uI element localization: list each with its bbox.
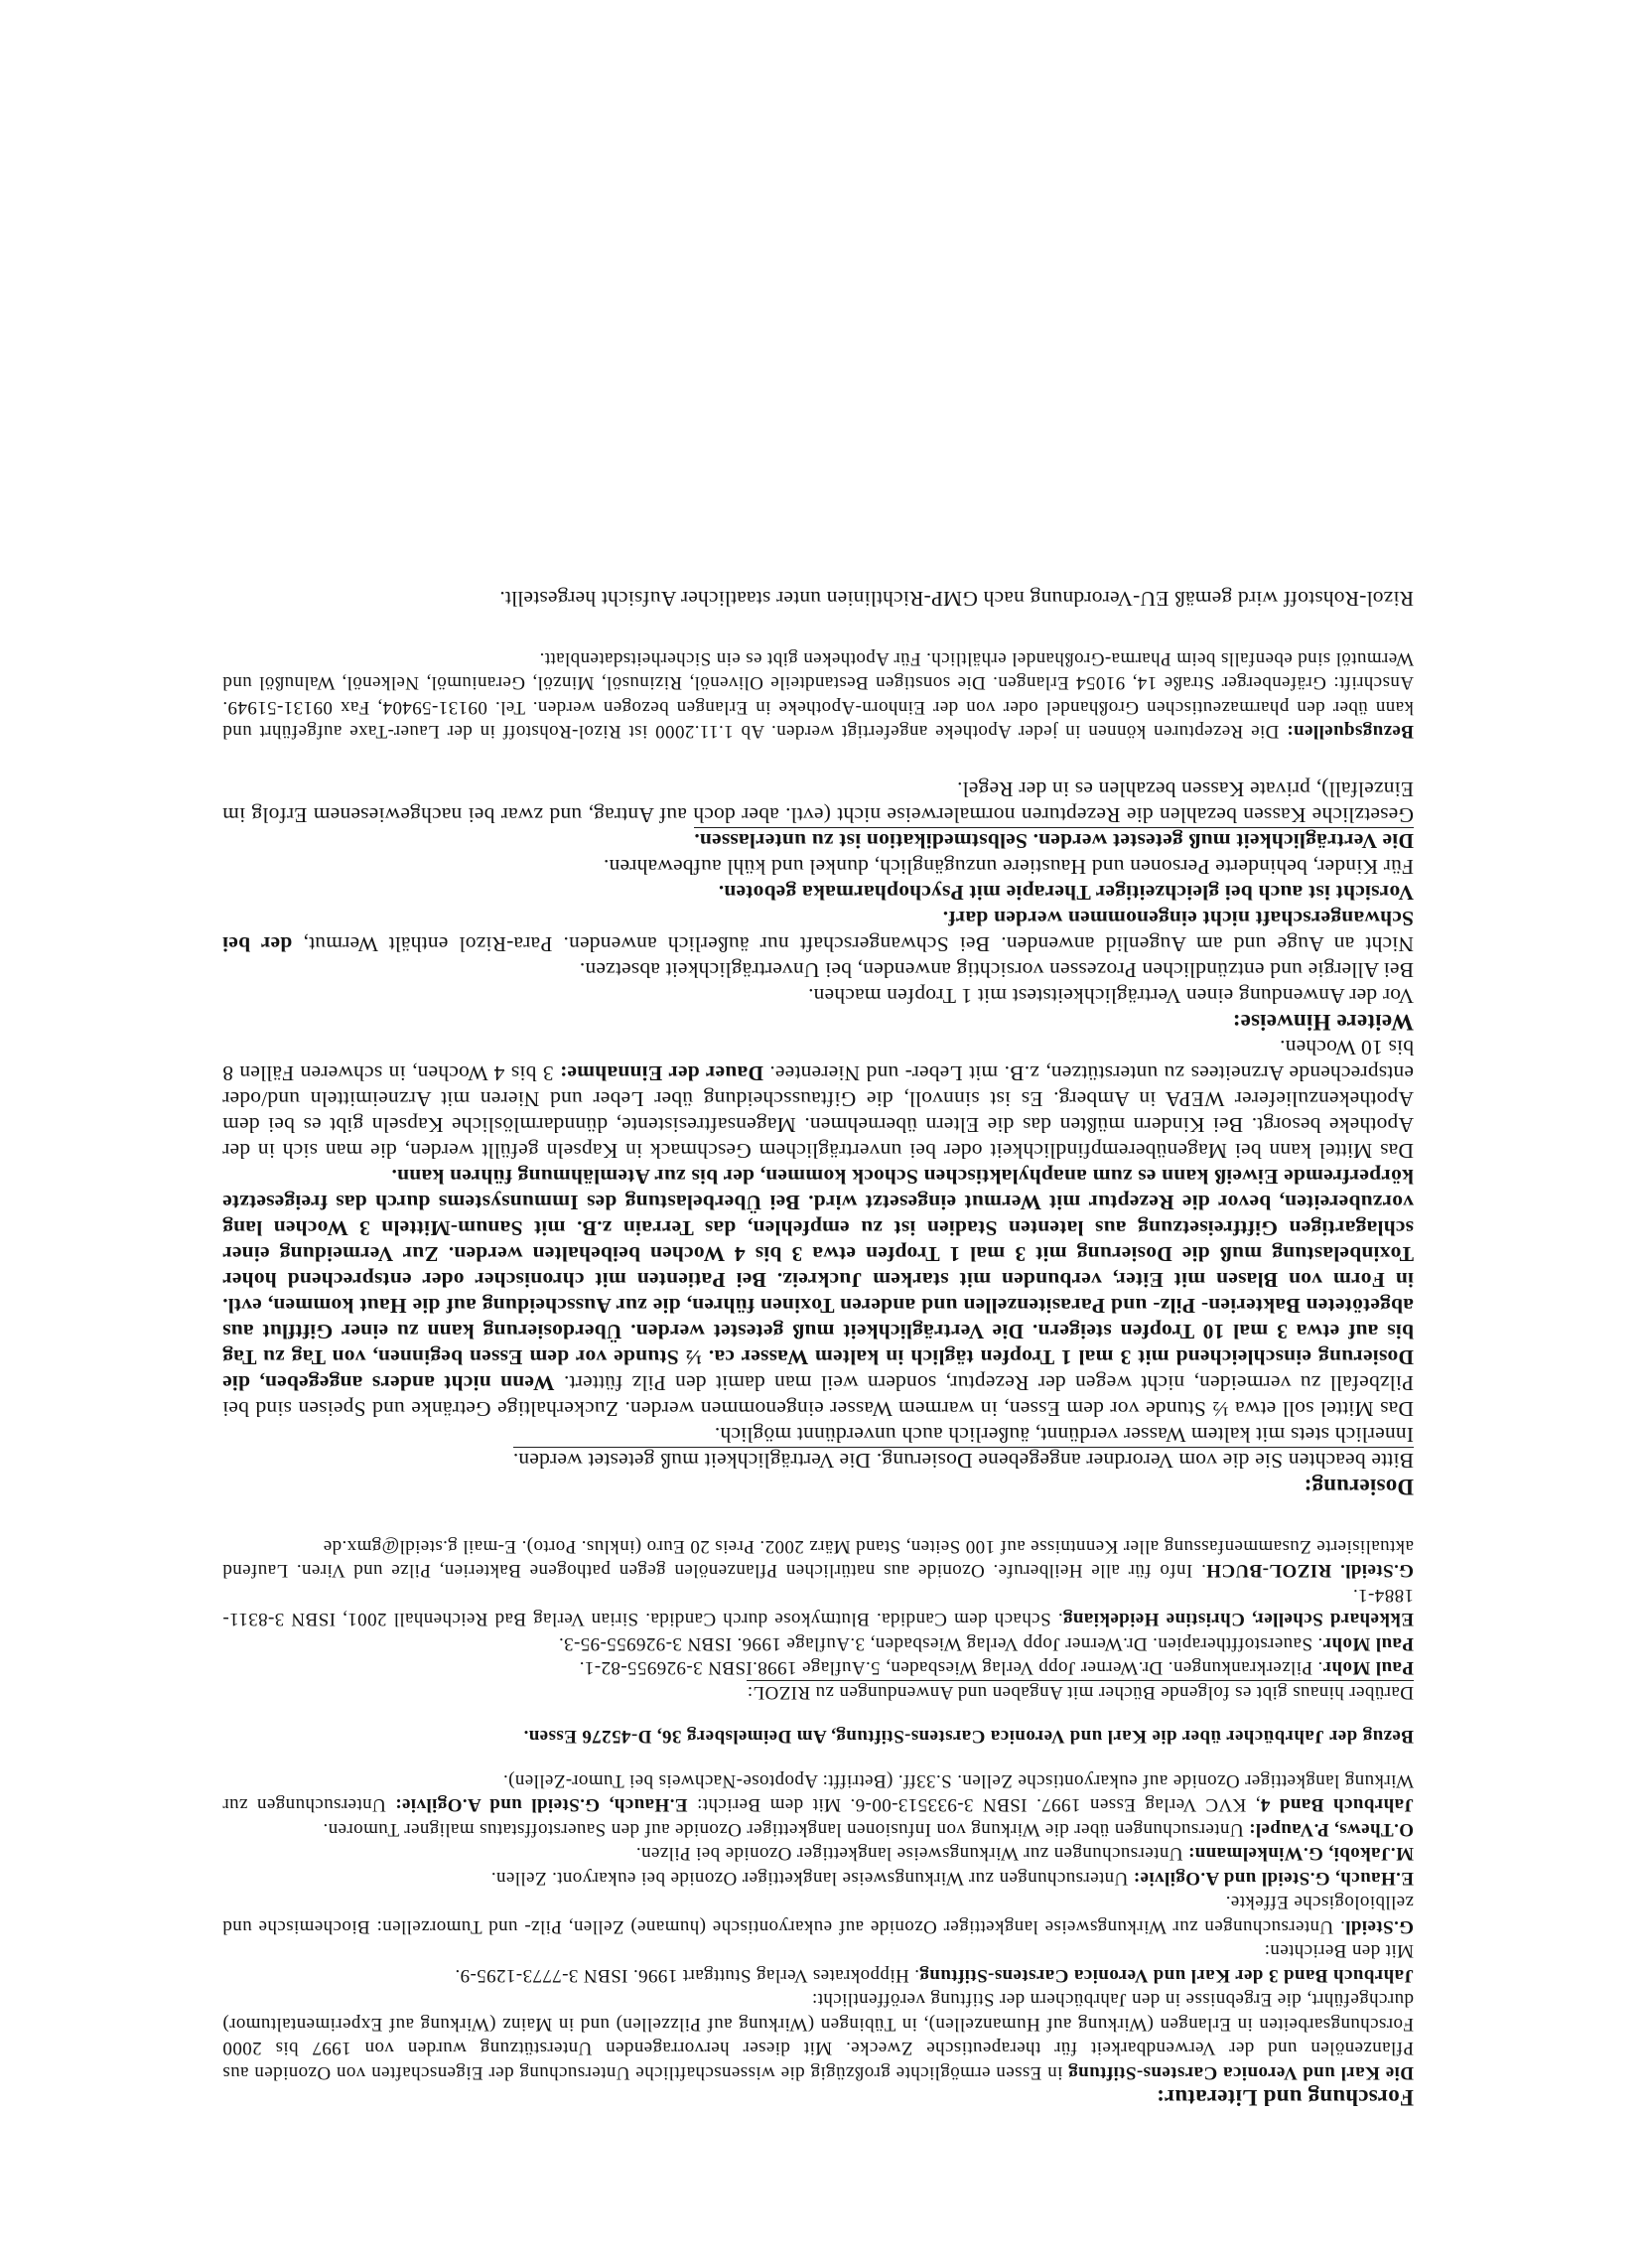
bezug-jahrbuecher: Bezug der Jahrbücher über die Karl und V… bbox=[222, 1724, 1414, 1749]
book-item: Paul Mohr. Sauerstofftherapien. Dr.Werne… bbox=[222, 1631, 1414, 1656]
dosierung-line2: Innerlich stets mit kaltem Wasser verdün… bbox=[222, 1423, 1414, 1449]
report-item: G.Steidl. Untersuchungen zur Wirkungswei… bbox=[222, 1890, 1414, 1938]
hinweis-line: Nicht an Auge und am Augenlid anwenden. … bbox=[222, 907, 1414, 958]
dosierung-para1: Das Mittel soll etwa ½ Stunde vor dem Es… bbox=[222, 1165, 1414, 1423]
jahrbuch-4: Jahrbuch Band 4, KVC Verlag Essen 1997. … bbox=[222, 1768, 1414, 1817]
scanned-page: Forschung und Literatur: Die Karl und Ve… bbox=[0, 0, 1652, 2257]
hinweis-kassen: Gesetzliche Kassen bezahlen die Rezeptur… bbox=[222, 777, 1414, 829]
report-item: E.Hauch, G.Steidl und A.Ogilvie: Untersu… bbox=[222, 1866, 1414, 1891]
heading-dosierung: Dosierung: bbox=[222, 1475, 1414, 1500]
book-item: Paul Mohr. Pilzerkrankungen. Dr.Werner J… bbox=[222, 1655, 1414, 1680]
hinweis-vorsicht: Vorsicht ist auch bei gleichzeitiger The… bbox=[222, 881, 1414, 907]
book-item: G.Steidl. RIZOL-BUCH. Info für alle Heil… bbox=[222, 1534, 1414, 1583]
hinweis-line: Bei Allergie und entzündlichen Prozessen… bbox=[222, 958, 1414, 984]
hinweis-kinder: Für Kinder, behinderte Personen und Haus… bbox=[222, 855, 1414, 881]
hinweis-line: Vor der Anwendung einen Verträglichkeits… bbox=[222, 984, 1414, 1010]
dosierung-warning: Bitte beachten Sie die vom Verordner ang… bbox=[222, 1449, 1414, 1475]
gmp-statement: Rizol-Rohstoff wird gemäß EU-Verordnung … bbox=[222, 587, 1414, 613]
section-forschung: Die Karl und Veronica Carstens-Stiftung … bbox=[222, 1534, 1414, 2085]
books-intro: Darüber hinaus gibt es folgende Bücher m… bbox=[222, 1680, 1414, 1705]
section-bezugsquellen: Bezugsquellen: Die Rezepturen können in … bbox=[222, 646, 1414, 744]
hinweis-vertraeglichkeit: Die Verträglichkeit muß getestet werden.… bbox=[222, 829, 1414, 855]
report-item: O.Thews, P.Vaupel: Untersuchungen über d… bbox=[222, 1817, 1414, 1842]
heading-hinweise: Weitere Hinweise: bbox=[222, 1010, 1414, 1036]
heading-forschung: Forschung und Literatur: bbox=[222, 2084, 1414, 2110]
bezugsquellen-text: Bezugsquellen: Die Rezepturen können in … bbox=[222, 646, 1414, 744]
forschung-intro: Die Karl und Veronica Carstens-Stiftung … bbox=[222, 1987, 1414, 2084]
dosierung-para2: Das Mittel kann bei Magenüberempfindlich… bbox=[222, 1036, 1414, 1165]
book-item: Ekkehard Scheller, Christine Heidekiang.… bbox=[222, 1583, 1414, 1631]
jahrbuch-3: Jahrbuch Band 3 der Karl und Veronica Ca… bbox=[222, 1963, 1414, 1988]
document-body: Forschung und Literatur: Die Karl und Ve… bbox=[222, 587, 1414, 2111]
mit-den-berichten: Mit den Berichten: bbox=[222, 1938, 1414, 1963]
report-item: M.Jakobi, G.Winkelmann: Untersuchungen z… bbox=[222, 1841, 1414, 1866]
